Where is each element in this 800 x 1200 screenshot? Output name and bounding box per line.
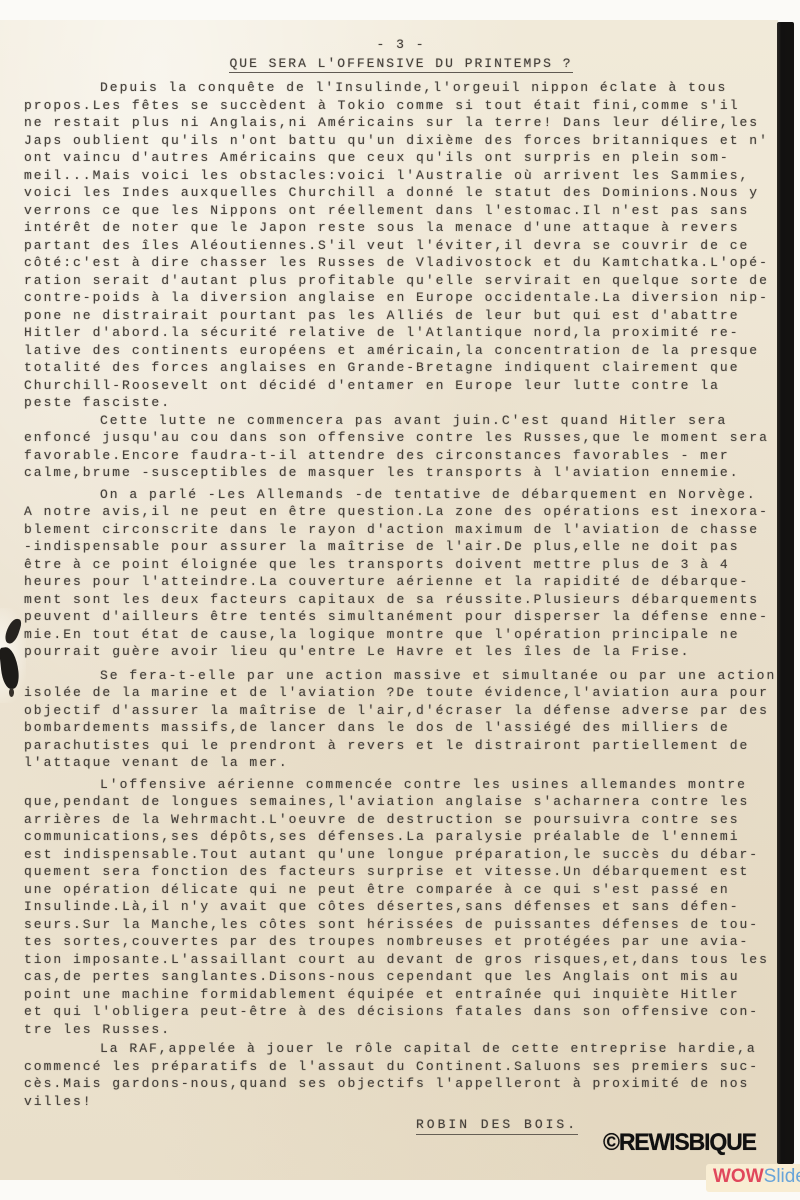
scan-edge-strip [777, 22, 794, 1164]
article-title: QUE SERA L'OFFENSIVE DU PRINTEMPS ? [229, 55, 572, 74]
article-paragraph-3: On a parlé -Les Allemands -de tentative … [24, 486, 778, 661]
wowslider-badge[interactable]: WOWSlider [706, 1164, 800, 1192]
article-paragraph-4: Se fera-t-elle par une action massive et… [24, 667, 778, 772]
article-paragraph-5: L'offensive aérienne commencée contre le… [24, 776, 778, 1039]
copyright-watermark: ©REWISBIQUE [603, 1129, 756, 1157]
article-paragraph-2: Cette lutte ne commencera pas avant juin… [24, 412, 778, 482]
page-number: - 3 - [24, 36, 778, 54]
paper-sheet: - 3 - QUE SERA L'OFFENSIVE DU PRINTEMPS … [0, 20, 778, 1180]
article-paragraph-6: La RAF,appelée à jouer le rôle capital d… [24, 1040, 778, 1110]
article-paragraph-1: Depuis la conquête de l'Insulinde,l'orge… [24, 79, 778, 412]
article-title-row: QUE SERA L'OFFENSIVE DU PRINTEMPS ? [24, 55, 778, 74]
article-text-block: - 3 - QUE SERA L'OFFENSIVE DU PRINTEMPS … [24, 36, 778, 1135]
wowslider-name-text: Slider [764, 1166, 800, 1187]
wowslider-wow-text: WOW [713, 1166, 764, 1187]
author-signature: ROBIN DES BOIS. [416, 1116, 578, 1135]
paper-tear-speck [9, 688, 14, 697]
